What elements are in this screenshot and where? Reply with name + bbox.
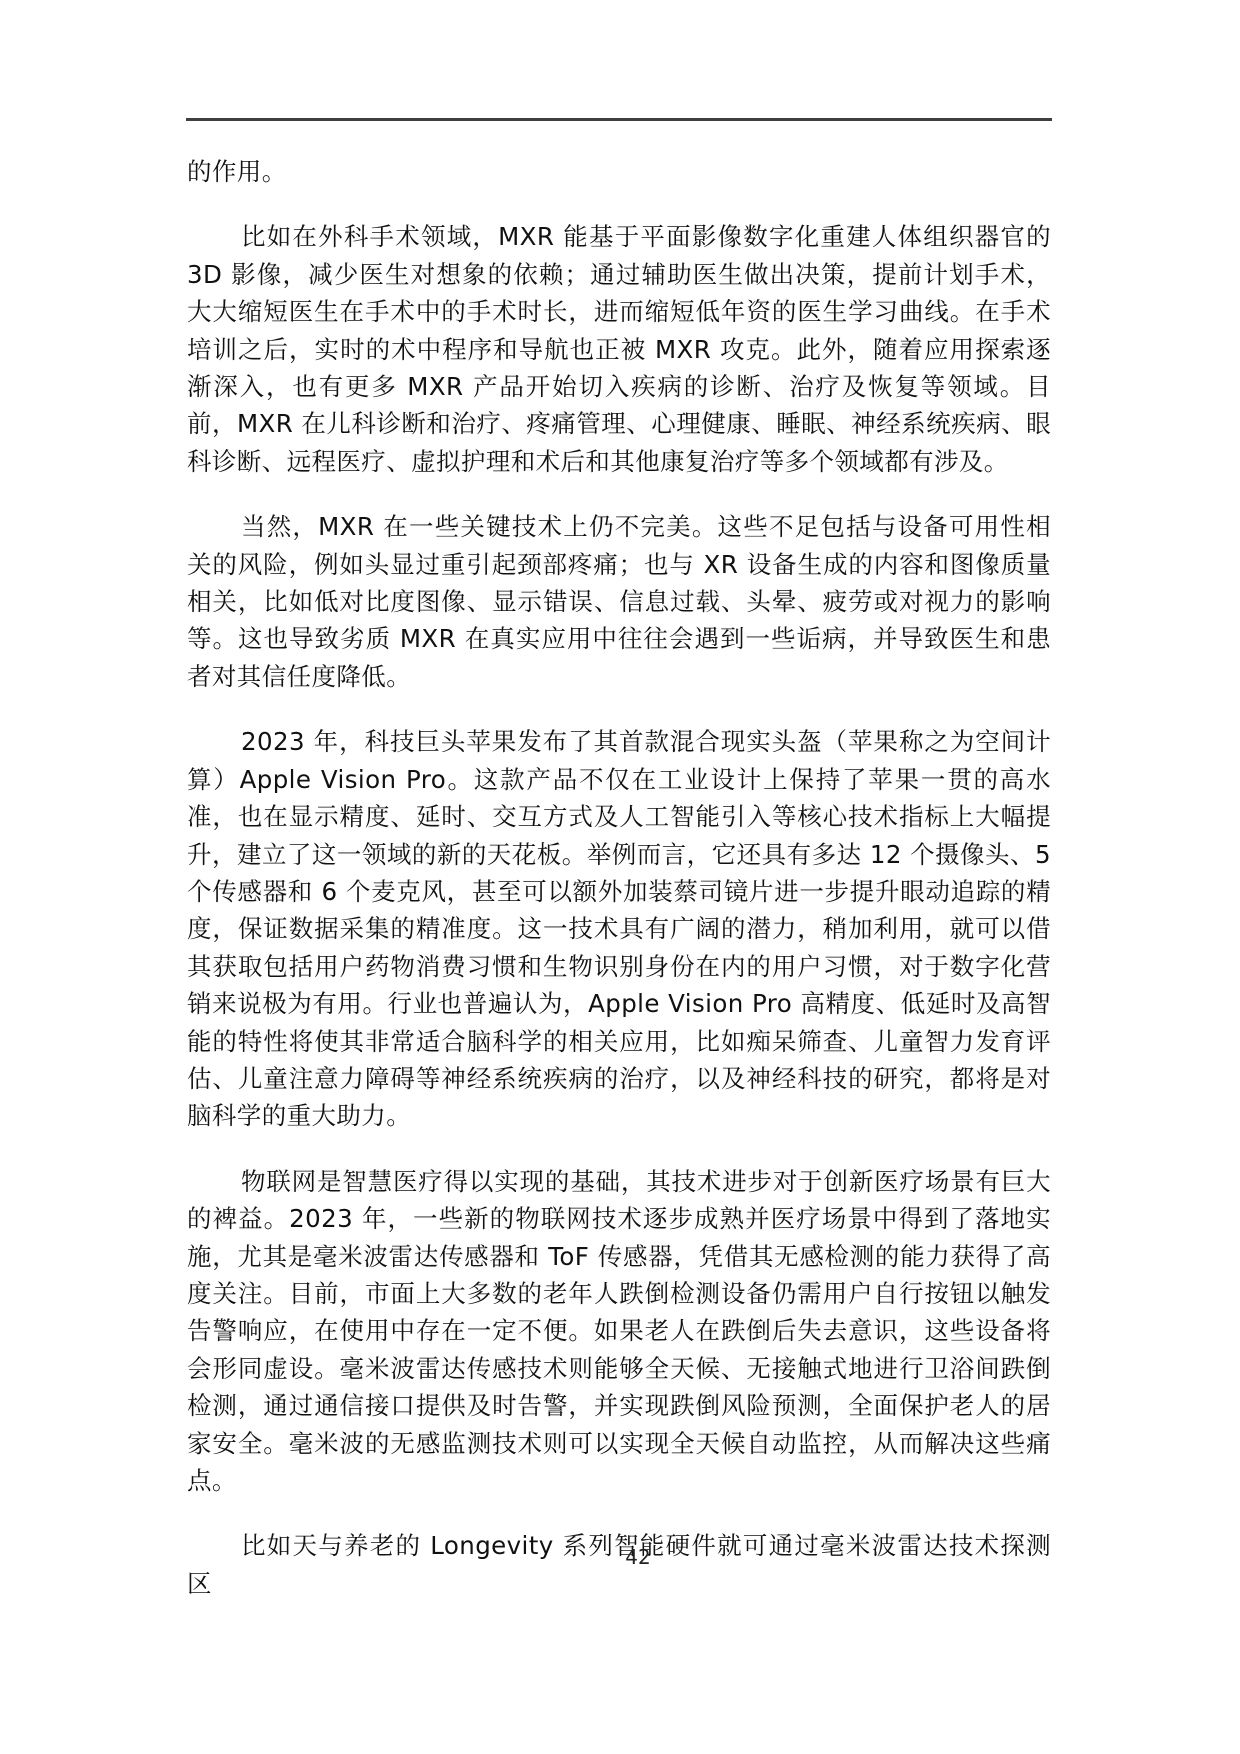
paragraph-5: 物联网是智慧医疗得以实现的基础，其技术进步对于创新医疗场景有巨大的裨益。2023… xyxy=(187,1163,1051,1500)
document-page: 的作用。 比如在外科手术领域，MXR 能基于平面影像数字化重建人体组织器官的 3… xyxy=(0,0,1240,1754)
paragraph-2: 比如在外科手术领域，MXR 能基于平面影像数字化重建人体组织器官的 3D 影像，… xyxy=(187,218,1051,480)
header-rule xyxy=(186,118,1052,121)
paragraph-4: 2023 年，科技巨头苹果发布了其首款混合现实头盔（苹果称之为空间计算）Appl… xyxy=(187,723,1051,1134)
page-number: 42 xyxy=(0,1545,1240,1569)
paragraph-3: 当然，MXR 在一些关键技术上仍不完美。这些不足包括与设备可用性相关的风险，例如… xyxy=(187,508,1051,695)
body-text: 的作用。 比如在外科手术领域，MXR 能基于平面影像数字化重建人体组织器官的 3… xyxy=(187,153,1051,1630)
paragraph-1: 的作用。 xyxy=(187,153,1051,190)
